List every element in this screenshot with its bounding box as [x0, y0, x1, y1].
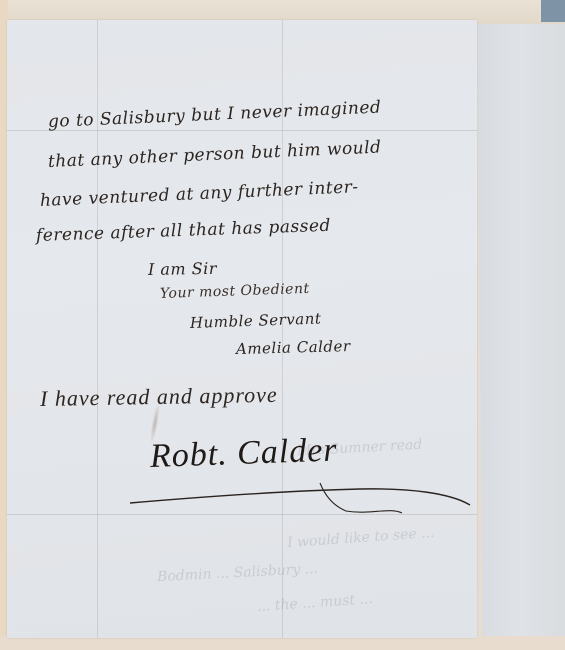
signature-robt-calder: Robt. Calder [149, 431, 338, 476]
closing-salutation: I am Sir [148, 259, 217, 279]
bleed-through-text: ... the ... must ... [257, 591, 374, 615]
backdrop-surface-bottom [0, 636, 565, 650]
bleed-through-text: Bodmin ... Salisbury ... [157, 561, 319, 585]
backdrop-blue-corner [541, 0, 565, 22]
signature-flourish [120, 475, 480, 515]
endorsement-text: I have read and approve [40, 382, 278, 412]
signature-amelia-calder: Amelia Calder [236, 337, 351, 358]
bleed-through-text: I would like to see ... [287, 525, 435, 551]
folded-page-flap [477, 24, 565, 636]
